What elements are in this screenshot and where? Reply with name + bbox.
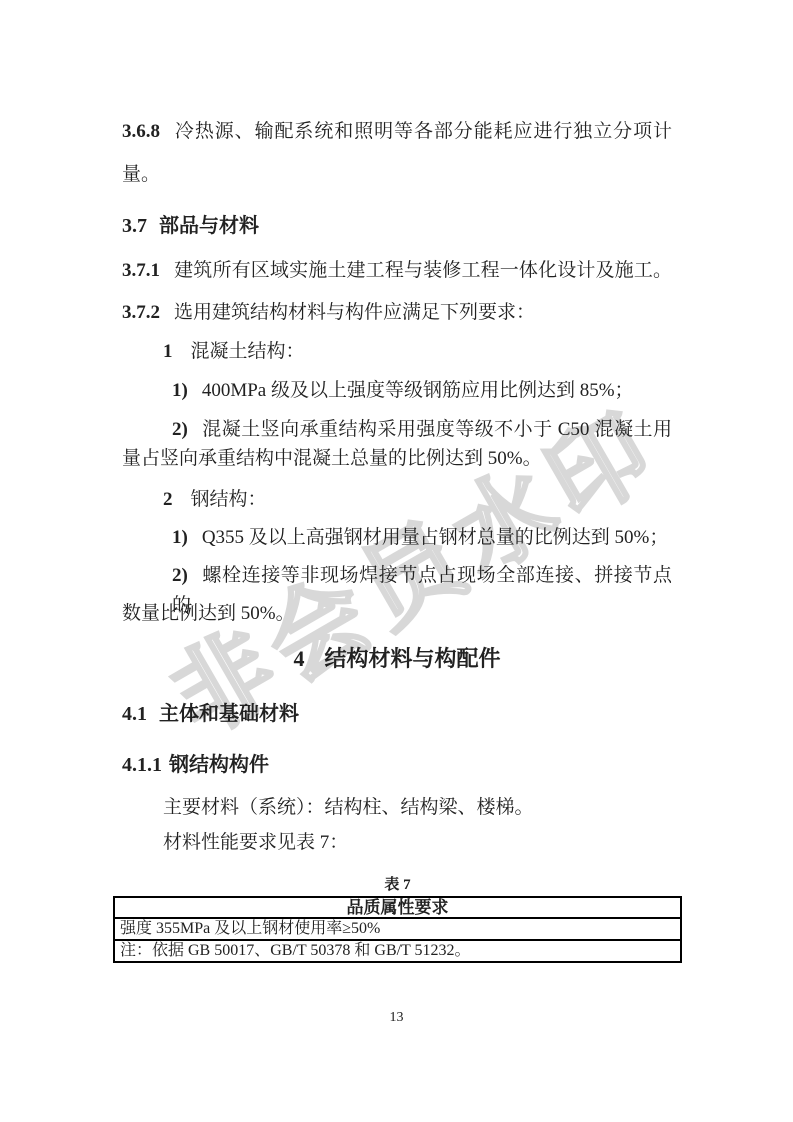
list-item-2-2-line2: 数量比例达到 50%。 — [122, 599, 672, 629]
section-heading-4-1: 4.1主体和基础材料 — [122, 698, 672, 730]
clause-3-6-8-line2: 量。 — [122, 160, 672, 190]
table-7-row: 注：依据 GB 50017、GB/T 50378 和 GB/T 51232。 — [114, 940, 681, 962]
list-item-1-1-number: 1) — [172, 380, 202, 401]
chapter-heading-4: 4结构材料与构配件 — [122, 642, 672, 676]
list-item-2-1-number: 1) — [172, 527, 202, 548]
list-item-2-text: 钢结构： — [191, 489, 267, 510]
document-page: 非会员水印 3.6.8冷热源、输配系统和照明等各部分能耗应进行独立分项计 量。 … — [0, 0, 793, 1122]
clause-3-7-1-number: 3.7.1 — [122, 260, 174, 281]
clause-3-6-8-number: 3.6.8 — [122, 121, 174, 142]
table-7-caption: 表 7 — [113, 875, 682, 895]
section-4-1-1-number: 4.1.1 — [122, 754, 169, 776]
clause-3-7-1-text: 建筑所有区域实施土建工程与装修工程一体化设计及施工。 — [174, 260, 672, 281]
section-4-1-title: 主体和基础材料 — [159, 703, 299, 725]
paragraph-table-reference: 材料性能要求见表 7： — [122, 828, 672, 858]
section-heading-4-1-1: 4.1.1钢结构构件 — [122, 749, 672, 781]
table-7-cell-requirement: 强度 355MPa 及以上钢材使用率≥50% — [114, 918, 681, 940]
list-item-2-2-number: 2) — [172, 565, 202, 586]
chapter-4-number: 4 — [293, 646, 324, 671]
clause-3-7-2-text: 选用建筑结构材料与构件应满足下列要求： — [174, 302, 535, 323]
list-item-1-text: 混凝土结构： — [191, 341, 305, 362]
list-item-1-1: 1)400MPa 级及以上强度等级钢筋应用比例达到 85%； — [122, 376, 672, 406]
list-item-1: 1混凝土结构： — [122, 337, 672, 367]
list-item-1-1-text: 400MPa 级及以上强度等级钢筋应用比例达到 85%； — [202, 380, 634, 401]
list-item-2-number: 2 — [163, 489, 191, 510]
list-item-1-number: 1 — [163, 341, 191, 362]
section-4-1-number: 4.1 — [122, 703, 159, 725]
list-item-1-2-line1: 2)混凝土竖向承重结构采用强度等级不小于 C50 混凝土用 — [122, 415, 672, 445]
list-item-2: 2钢结构： — [122, 485, 672, 515]
page-number: 13 — [0, 1009, 793, 1027]
table-7-cell-note: 注：依据 GB 50017、GB/T 50378 和 GB/T 51232。 — [114, 940, 681, 962]
clause-3-6-8-line1: 3.6.8冷热源、输配系统和照明等各部分能耗应进行独立分项计 — [122, 117, 672, 147]
list-item-2-1: 1)Q355 及以上高强钢材用量占钢材总量的比例达到 50%； — [122, 523, 672, 553]
table-7-header-row: 品质属性要求 — [114, 897, 681, 918]
section-3-7-title: 部品与材料 — [159, 215, 259, 237]
table-7-row: 强度 355MPa 及以上钢材使用率≥50% — [114, 918, 681, 940]
list-item-2-1-text: Q355 及以上高强钢材用量占钢材总量的比例达到 50%； — [202, 527, 669, 548]
section-heading-3-7: 3.7部品与材料 — [122, 210, 672, 242]
table-7-header-cell: 品质属性要求 — [114, 897, 681, 918]
list-item-1-2-line2: 量占竖向承重结构中混凝土总量的比例达到 50%。 — [122, 444, 672, 474]
section-3-7-number: 3.7 — [122, 215, 159, 237]
table-7: 品质属性要求 强度 355MPa 及以上钢材使用率≥50% 注：依据 GB 50… — [113, 896, 682, 963]
paragraph-main-materials: 主要材料（系统）：结构柱、结构梁、楼梯。 — [122, 793, 672, 823]
clause-3-7-2: 3.7.2选用建筑结构材料与构件应满足下列要求： — [122, 298, 672, 328]
clause-3-6-8-text: 冷热源、输配系统和照明等各部分能耗应进行独立分项计 — [174, 121, 672, 142]
chapter-4-title: 结构材料与构配件 — [324, 646, 500, 671]
list-item-1-2-text: 混凝土竖向承重结构采用强度等级不小于 C50 混凝土用 — [202, 419, 672, 440]
list-item-1-2-number: 2) — [172, 419, 202, 440]
clause-3-7-2-number: 3.7.2 — [122, 302, 174, 323]
section-4-1-1-title: 钢结构构件 — [169, 754, 269, 776]
clause-3-7-1: 3.7.1建筑所有区域实施土建工程与装修工程一体化设计及施工。 — [122, 256, 672, 286]
